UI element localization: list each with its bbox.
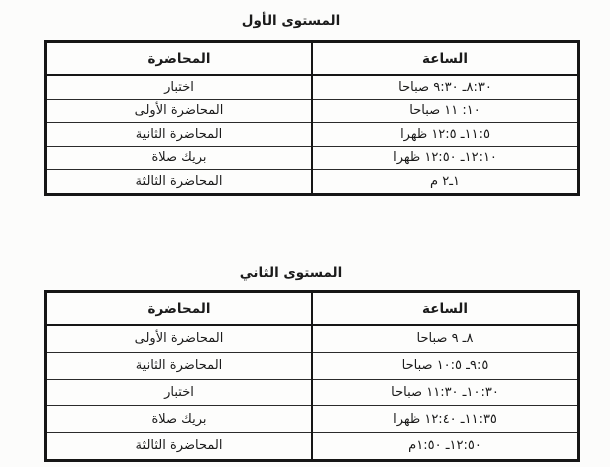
lecture-cell: بريك صلاة [46,406,313,433]
lecture-cell: المحاضرة الثانية [46,123,313,147]
time-cell: ١ـ٢ م [312,170,579,195]
lecture-column-header: المحاضرة [46,292,313,326]
scanned-schedule-document: { "tables": [ { "title": "المستوى الأول"… [0,0,610,467]
table-header-row: الساعة المحاضرة [46,42,579,76]
table-header-row: الساعة المحاضرة [46,292,579,326]
lecture-cell: بريك صلاة [46,146,313,170]
time-cell: ١١:٥ـ ١٢:٥ ظهرا [312,123,579,147]
time-cell: ١٠:٣٠ـ ١١:٣٠ صباحا [312,379,579,406]
table-row: ٨:٣٠ـ ٩:٣٠ صباحا اختبار [46,75,579,99]
table-row: ٩:٥ـ ١٠:٥ صباحا المحاضرة الثانية [46,352,579,379]
time-cell: ٨ـ ٩ صباحا [312,325,579,352]
level-1-title: المستوى الأول [0,13,596,29]
table-row: ١٢:١٠ـ ١٢:٥٠ ظهرا بريك صلاة [46,146,579,170]
lecture-cell: المحاضرة الأولى [46,325,313,352]
table-row: ١١:٥ـ ١٢:٥ ظهرا المحاضرة الثانية [46,123,579,147]
time-cell: ١٢:٥٠ـ ١:٥٠م [312,432,579,460]
time-cell: ٨:٣٠ـ ٩:٣٠ صباحا [312,75,579,99]
lecture-cell: اختبار [46,75,313,99]
lecture-cell: المحاضرة الثانية [46,352,313,379]
level-1-schedule-table: الساعة المحاضرة ٨:٣٠ـ ٩:٣٠ صباحا اختبار … [44,40,580,196]
time-cell: ٩:٥ـ ١٠:٥ صباحا [312,352,579,379]
time-column-header: الساعة [312,292,579,326]
lecture-cell: اختبار [46,379,313,406]
table-row: ١١:٣٥ـ ١٢:٤٠ ظهرا بريك صلاة [46,406,579,433]
time-cell: ١٠: ١١ صباحا [312,99,579,123]
time-column-header: الساعة [312,42,579,76]
table-row: ١٢:٥٠ـ ١:٥٠م المحاضرة الثالثة [46,432,579,460]
lecture-cell: المحاضرة الثالثة [46,432,313,460]
table-row: ١٠:٣٠ـ ١١:٣٠ صباحا اختبار [46,379,579,406]
level-2-title: المستوى الثاني [0,265,596,281]
lecture-column-header: المحاضرة [46,42,313,76]
time-cell: ١١:٣٥ـ ١٢:٤٠ ظهرا [312,406,579,433]
time-cell: ١٢:١٠ـ ١٢:٥٠ ظهرا [312,146,579,170]
table-row: ٨ـ ٩ صباحا المحاضرة الأولى [46,325,579,352]
level-2-schedule-table: الساعة المحاضرة ٨ـ ٩ صباحا المحاضرة الأو… [44,290,580,462]
table-row: ١٠: ١١ صباحا المحاضرة الأولى [46,99,579,123]
lecture-cell: المحاضرة الأولى [46,99,313,123]
table-row: ١ـ٢ م المحاضرة الثالثة [46,170,579,195]
lecture-cell: المحاضرة الثالثة [46,170,313,195]
